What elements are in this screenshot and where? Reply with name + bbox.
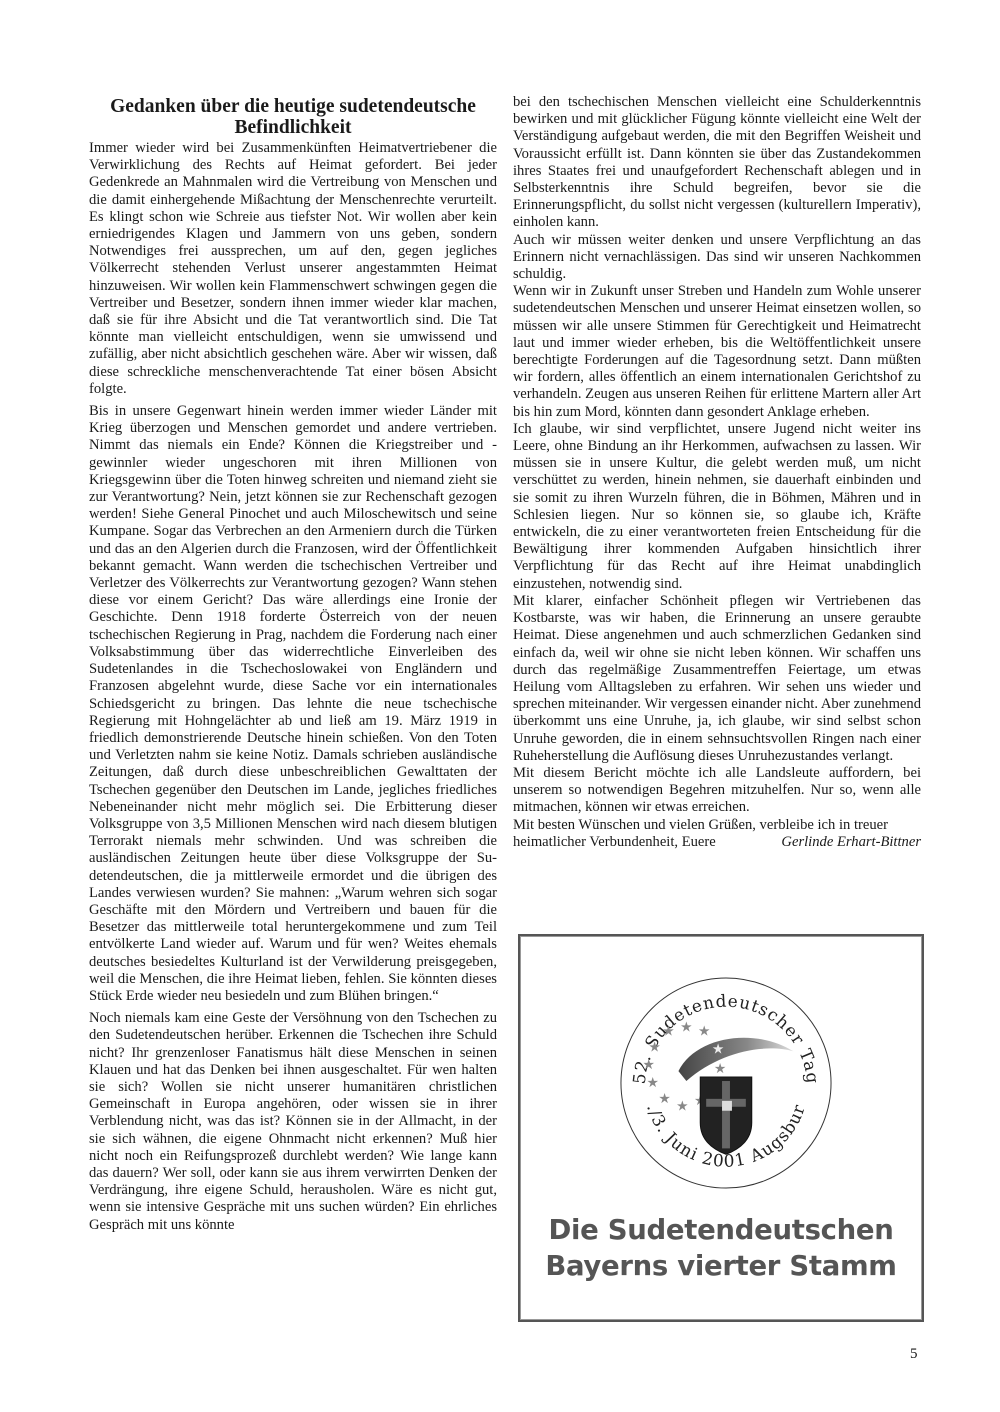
svg-text:★: ★ — [714, 1061, 726, 1077]
title-line-1: Gedanken über die heutige sudetendeutsch… — [89, 96, 497, 117]
page-number: 5 — [910, 1346, 918, 1363]
paragraph: Ich glaube, wir sind verpflichtet, unser… — [513, 421, 921, 593]
paragraph: Mit klarer, einfacher Schönheit pflegen … — [513, 593, 921, 765]
paragraph: Immer wieder wird bei Zusammenkünften He… — [89, 140, 497, 398]
advertisement-headline: Die Sudetendeutschen Bayerns vierter Sta… — [520, 1212, 922, 1284]
paragraph: Wenn wir in Zukunft unser Streben und Ha… — [513, 283, 921, 421]
svg-text:★: ★ — [676, 1099, 688, 1115]
advertisement-box: 52. Sudetendeutscher Tag 2./3. Juni 2001… — [518, 934, 924, 1322]
signoff: heimatlicher Verbundenheit, Euere Gerlin… — [513, 834, 921, 851]
svg-text:★: ★ — [646, 1075, 658, 1091]
svg-text:★: ★ — [680, 1019, 692, 1035]
headline-line-1: Die Sudetendeutschen — [520, 1212, 922, 1248]
paragraph: bei den tschechischen Menschen vielleich… — [513, 94, 921, 232]
closing: Mit besten Wünschen und vielen Grüßen, v… — [513, 817, 921, 834]
headline-line-2: Bayerns vierter Stamm — [520, 1248, 922, 1284]
svg-text:★: ★ — [642, 1057, 654, 1073]
svg-text:★: ★ — [658, 1091, 670, 1107]
author-signature: Gerlinde Erhart-Bittner — [781, 834, 921, 851]
closing-line-2: heimatlicher Verbundenheit, Euere — [513, 834, 716, 851]
svg-text:★: ★ — [698, 1023, 710, 1039]
paragraph: Auch wir müssen weiter denken und unsere… — [513, 232, 921, 284]
article-left-column: Gedanken über die heutige sudetendeutsch… — [89, 96, 497, 1234]
svg-text:★: ★ — [662, 1023, 674, 1039]
svg-text:★: ★ — [712, 1041, 724, 1057]
article-title: Gedanken über die heutige sudetendeutsch… — [89, 96, 497, 138]
sudetendeutscher-tag-emblem-icon: 52. Sudetendeutscher Tag 2./3. Juni 2001… — [617, 974, 835, 1192]
paragraph: Bis in unsere Gegenwart hinein werden im… — [89, 403, 497, 1005]
svg-text:★: ★ — [648, 1039, 660, 1055]
article-right-column: bei den tschechischen Menschen vielleich… — [513, 94, 921, 851]
closing-line-1: Mit besten Wünschen und vielen Grüßen, v… — [513, 817, 888, 833]
paragraph: Noch niemals kam eine Geste der Versöhnu… — [89, 1010, 497, 1234]
paragraph: Mit diesem Bericht möchte ich alle Lands… — [513, 765, 921, 817]
title-line-2: Befindlichkeit — [89, 117, 497, 138]
